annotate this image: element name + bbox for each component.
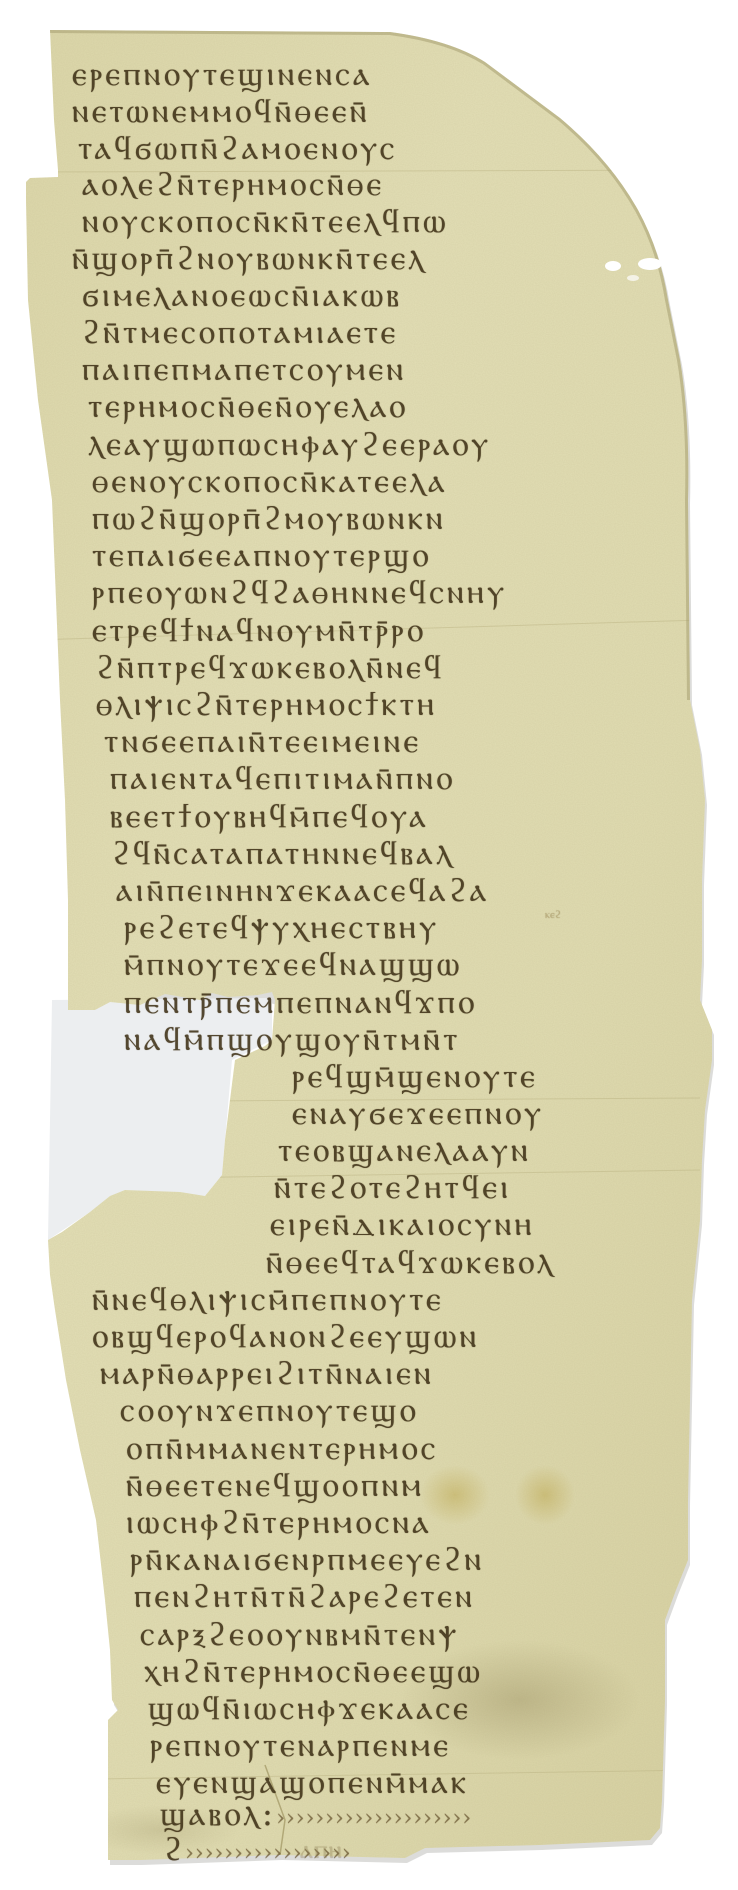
parchment-surface — [0, 0, 738, 1890]
binding-hole — [627, 275, 639, 281]
parchment-fragment — [0, 0, 738, 1890]
manuscript-image: ⲉⲣⲉⲡⲛⲟⲩⲧⲉϣⲓⲛⲉⲛⲥⲁⲛⲉⲧⲱⲛⲉⲙⲙⲟϥⲛ̄ⲑⲉⲉⲛ̄ⲧⲁϥϭⲱⲡⲛ… — [0, 0, 738, 1890]
binding-hole — [638, 258, 662, 270]
binding-hole — [605, 261, 621, 271]
